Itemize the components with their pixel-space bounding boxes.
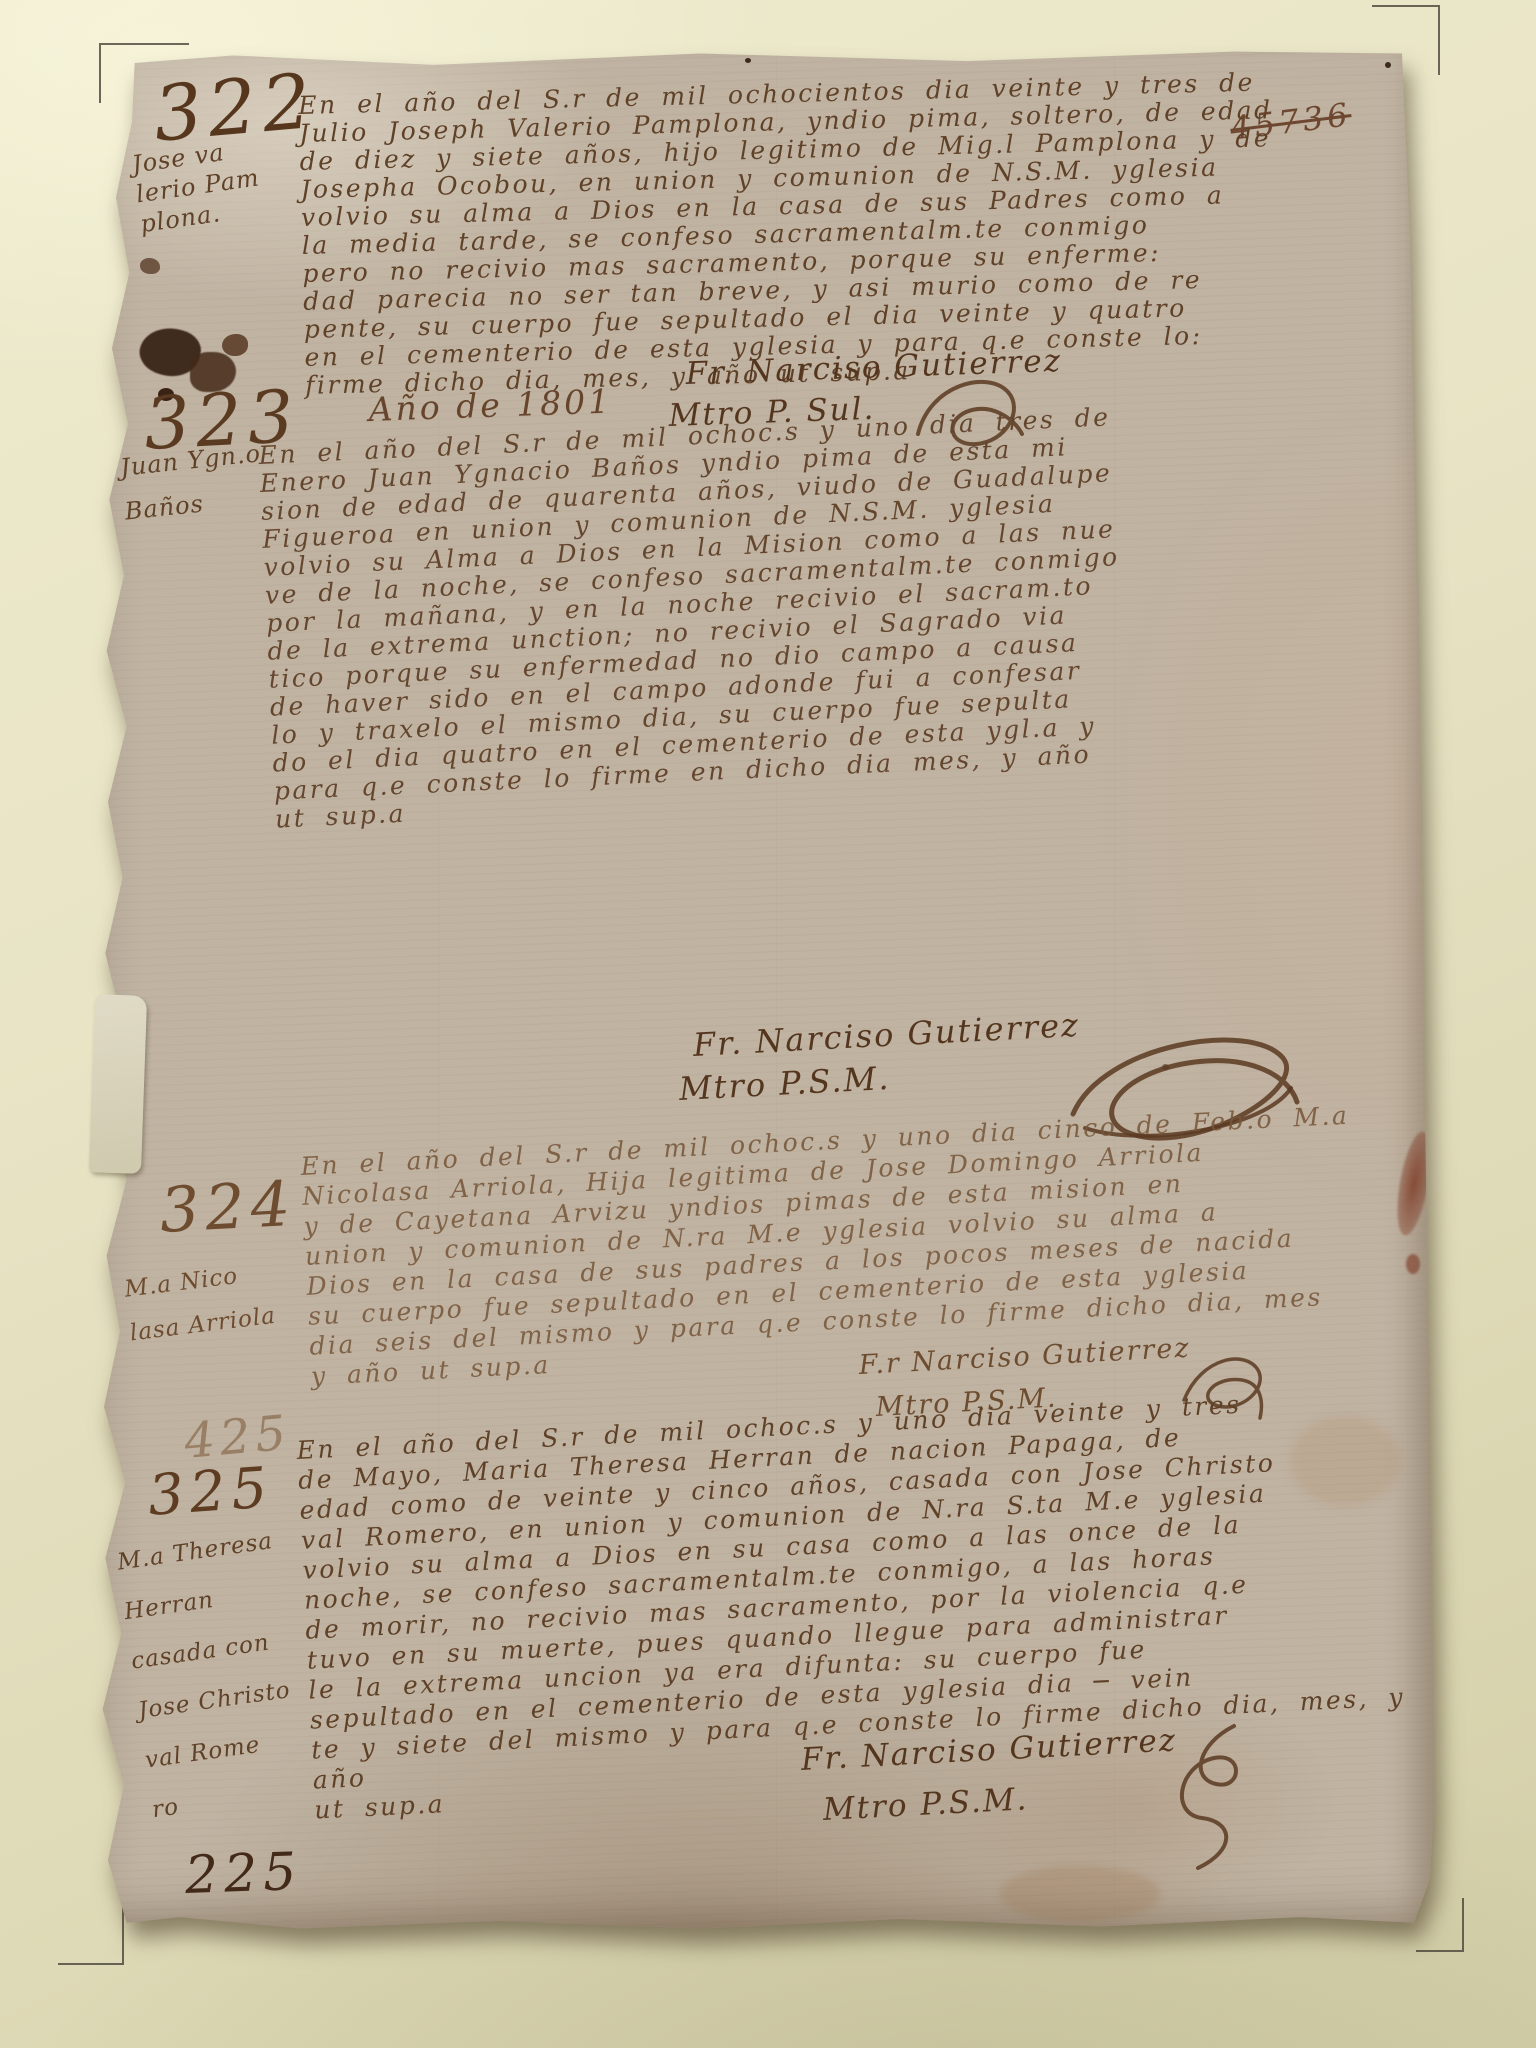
entry-324-margin-note: M.a Nico lasa Arriola	[122, 1250, 278, 1355]
manuscript-page: 45736 322 Jose va lerio Pam plona. En el…	[100, 46, 1434, 1936]
entry-323-body: En el año del S.r de mil ochoc.s y uno d…	[258, 392, 1385, 834]
manuscript-page-wrapper: 45736 322 Jose va lerio Pam plona. En el…	[100, 46, 1434, 1936]
ink-stain	[140, 258, 160, 274]
entry-323-signature-name: Fr. Narciso Gutierrez	[692, 1006, 1081, 1064]
entry-324-number: 324	[158, 1167, 298, 1247]
red-stain	[1406, 1254, 1420, 1274]
entry-323-margin-note: Juan Ygn.o Baños	[118, 431, 268, 533]
entry-322-body: En el año del S.r de mil ochocientos dia…	[298, 67, 1335, 400]
entry-322-margin-note: Jose va lerio Pam plona.	[130, 133, 266, 239]
ink-stain	[222, 334, 248, 356]
smudge-stain	[1000, 1866, 1160, 1922]
speck	[745, 58, 751, 63]
page-number-225: 225	[184, 1842, 303, 1906]
entry-325-margin-note: M.a Theresa Herran casada con Jose Chris…	[114, 1516, 311, 1835]
red-stain	[1391, 1129, 1437, 1237]
speck	[1385, 62, 1391, 68]
signature-rubric-icon	[1138, 1718, 1258, 1878]
entry-323-signature-title: Mtro P.S.M.	[678, 1059, 891, 1108]
paper-fragment	[89, 994, 147, 1174]
year-heading: Año de 1801	[368, 381, 613, 428]
